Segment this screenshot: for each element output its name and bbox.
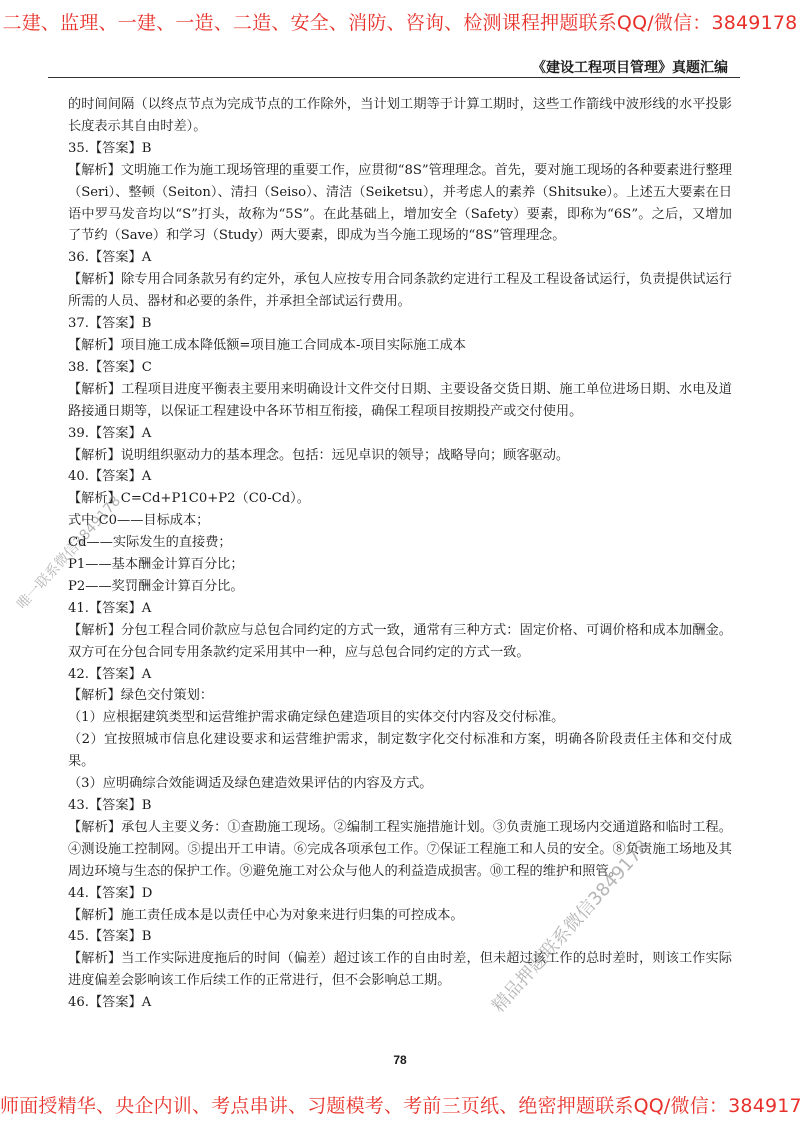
answer-37: 37.【答案】B (68, 313, 732, 335)
analysis-39: 【解析】说明组织驱动力的基本理念。包括：远见卓识的领导；战略导向；顾客驱动。 (68, 445, 732, 467)
top-promo-banner: 二建、监理、一建、一造、二造、安全、消防、咨询、检测课程押题联系QQ/微信：38… (0, 8, 800, 35)
answer-40: 40.【答案】A (68, 466, 732, 488)
analysis-42-item-1: （1）应根据建筑类型和运营维护需求确定绿色建造项目的实体交付内容及交付标准。 (68, 707, 732, 729)
bottom-promo-banner: 师面授精华、央企内训、考点串讲、习题模考、考前三页纸、绝密押题联系QQ/微信：3… (0, 1091, 800, 1118)
running-title: 《建设工程项目管理》真题汇编 (532, 57, 728, 77)
analysis-42-item-2: （2）宜按照城市信息化建设要求和运营维护需求，制定数字化交付标准和方案，明确各阶… (68, 729, 732, 773)
analysis-35: 【解析】文明施工作为施工现场管理的重要工作，应贯彻“8S”管理理念。首先，要对施… (68, 160, 732, 248)
analysis-40-formula: 【解析】C=Cd+P1C0+P2（C0-Cd）。 (68, 488, 732, 510)
analysis-40-def-c0: 式中 C0——目标成本； (68, 510, 732, 532)
answer-35: 35.【答案】B (68, 138, 732, 160)
analysis-36: 【解析】除专用合同条款另有约定外，承包人应按专用合同条款约定进行工程及工程设备试… (68, 269, 732, 313)
answer-42: 42.【答案】A (68, 664, 732, 686)
answer-39: 39.【答案】A (68, 423, 732, 445)
answer-46: 46.【答案】A (68, 992, 732, 1014)
analysis-37: 【解析】项目施工成本降低额=项目施工合同成本-项目实际施工成本 (68, 335, 732, 357)
analysis-38: 【解析】工程项目进度平衡表主要用来明确设计文件交付日期、主要设备交货日期、施工单… (68, 379, 732, 423)
answer-41: 41.【答案】A (68, 598, 732, 620)
answer-38: 38.【答案】C (68, 357, 732, 379)
analysis-43: 【解析】承包人主要义务：①查勘施工现场。②编制工程实施措施计划。③负责施工现场内… (68, 817, 732, 883)
answer-43: 43.【答案】B (68, 795, 732, 817)
answer-45: 45.【答案】B (68, 926, 732, 948)
answer-36: 36.【答案】A (68, 247, 732, 269)
header-rule (48, 77, 740, 78)
analysis-40-def-p2: P2——奖罚酬金计算百分比。 (68, 576, 732, 598)
analysis-42: 【解析】绿色交付策划： (68, 685, 732, 707)
document-body: 的时间间隔（以终点节点为完成节点的工作除外，当计划工期等于计算工期时，这些工作箭… (68, 94, 732, 1014)
answer-44: 44.【答案】D (68, 883, 732, 905)
analysis-40-def-p1: P1——基本酬金计算百分比； (68, 554, 732, 576)
analysis-41: 【解析】分包工程合同价款应与总包合同约定的方式一致，通常有三种方式：固定价格、可… (68, 620, 732, 664)
analysis-44: 【解析】施工责任成本是以责任中心为对象来进行归集的可控成本。 (68, 905, 732, 927)
analysis-42-item-3: （3）应明确综合效能调适及绿色建造效果评估的内容及方式。 (68, 773, 732, 795)
analysis-40-def-cd: Cd——实际发生的直接费； (68, 532, 732, 554)
analysis-45: 【解析】当工作实际进度拖后的时间（偏差）超过该工作的自由时差，但未超过该工作的总… (68, 948, 732, 992)
page-number: 78 (0, 1053, 800, 1067)
paragraph-continuation: 的时间间隔（以终点节点为完成节点的工作除外，当计划工期等于计算工期时，这些工作箭… (68, 94, 732, 138)
